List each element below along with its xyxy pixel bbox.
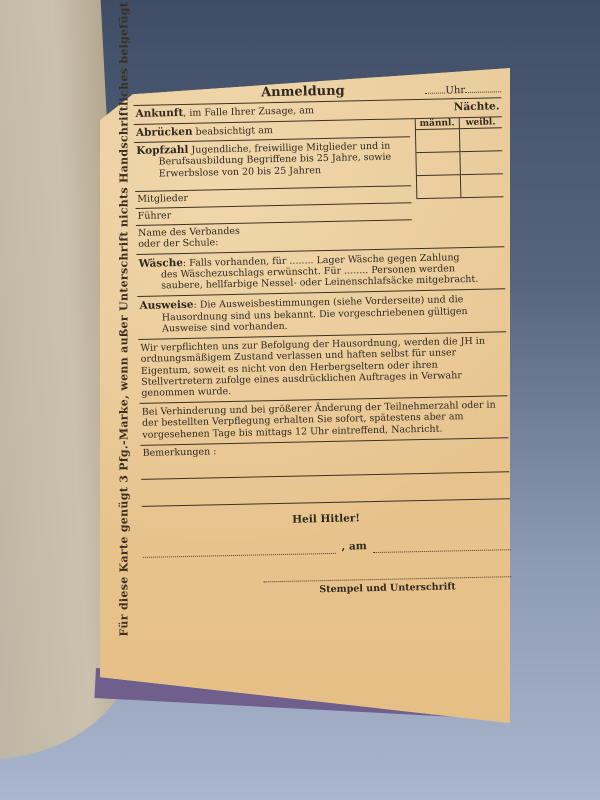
ausweise-block: Ausweise: Die Ausweisbestimmungen (siehe… [137, 290, 506, 340]
verhinderung-text: Bei Verhinderung und bei größerer Änderu… [142, 400, 507, 441]
male-header: männl. [416, 118, 460, 130]
postage-note: Für diese Karte genügt 3 Pfg.-Marke, wen… [118, 117, 131, 637]
form-title: Anmeldung [261, 84, 345, 101]
gender-row[interactable] [416, 152, 502, 177]
gender-table: männl.weibl. [415, 117, 504, 199]
place-field[interactable] [143, 543, 336, 558]
bemerkungen-section[interactable]: Bemerkungen : [140, 438, 509, 507]
fuehrer-label: Führer [138, 210, 172, 222]
abruecken-text: beabsichtigt am [192, 125, 272, 138]
naechte-label: Nächte. [454, 101, 500, 114]
spine-strip: Für diese Karte genügt 3 Pfg.-Marke, wen… [104, 110, 134, 630]
place-date-line[interactable]: , am [143, 538, 511, 558]
headcount-section: männl.weibl. Abrücken beabsichtigt am Ko… [134, 117, 504, 209]
kopfzahl-row[interactable]: Kopfzahl Jugendliche, freiwillige Mitgli… [134, 137, 411, 192]
ankunft-label: Ankunft [135, 107, 183, 120]
waesche-label: Wäsche [139, 257, 184, 270]
date-field[interactable] [373, 539, 511, 553]
verpflichtung-text: Wir verpflichten uns zur Befolgung der H… [140, 336, 505, 400]
form-content: Anmeldung Uhr Ankunft, im Falle Ihrer Zu… [133, 80, 512, 599]
ankunft-text: , im Falle Ihrer Zusage, am [183, 106, 314, 120]
am-label: , am [335, 541, 372, 554]
waesche-block: Wäsche: Falls vorhanden, für ........ La… [136, 247, 505, 297]
greeting: Heil Hitler! [142, 509, 510, 529]
mitglieder-label: Mitglieder [137, 193, 188, 205]
abruecken-label: Abrücken [136, 125, 193, 138]
ausweise-label: Ausweise [139, 299, 193, 312]
kopfzahl-label: Kopfzahl [136, 144, 188, 157]
female-header: weibl. [459, 117, 502, 128]
gender-row[interactable] [417, 175, 503, 200]
uhr-label: Uhr [445, 85, 465, 96]
verpflichtung-block: Wir verpflichten uns zur Befolgung der H… [138, 332, 507, 404]
gender-row[interactable] [416, 129, 502, 154]
uhr-field[interactable]: Uhr [425, 84, 501, 97]
